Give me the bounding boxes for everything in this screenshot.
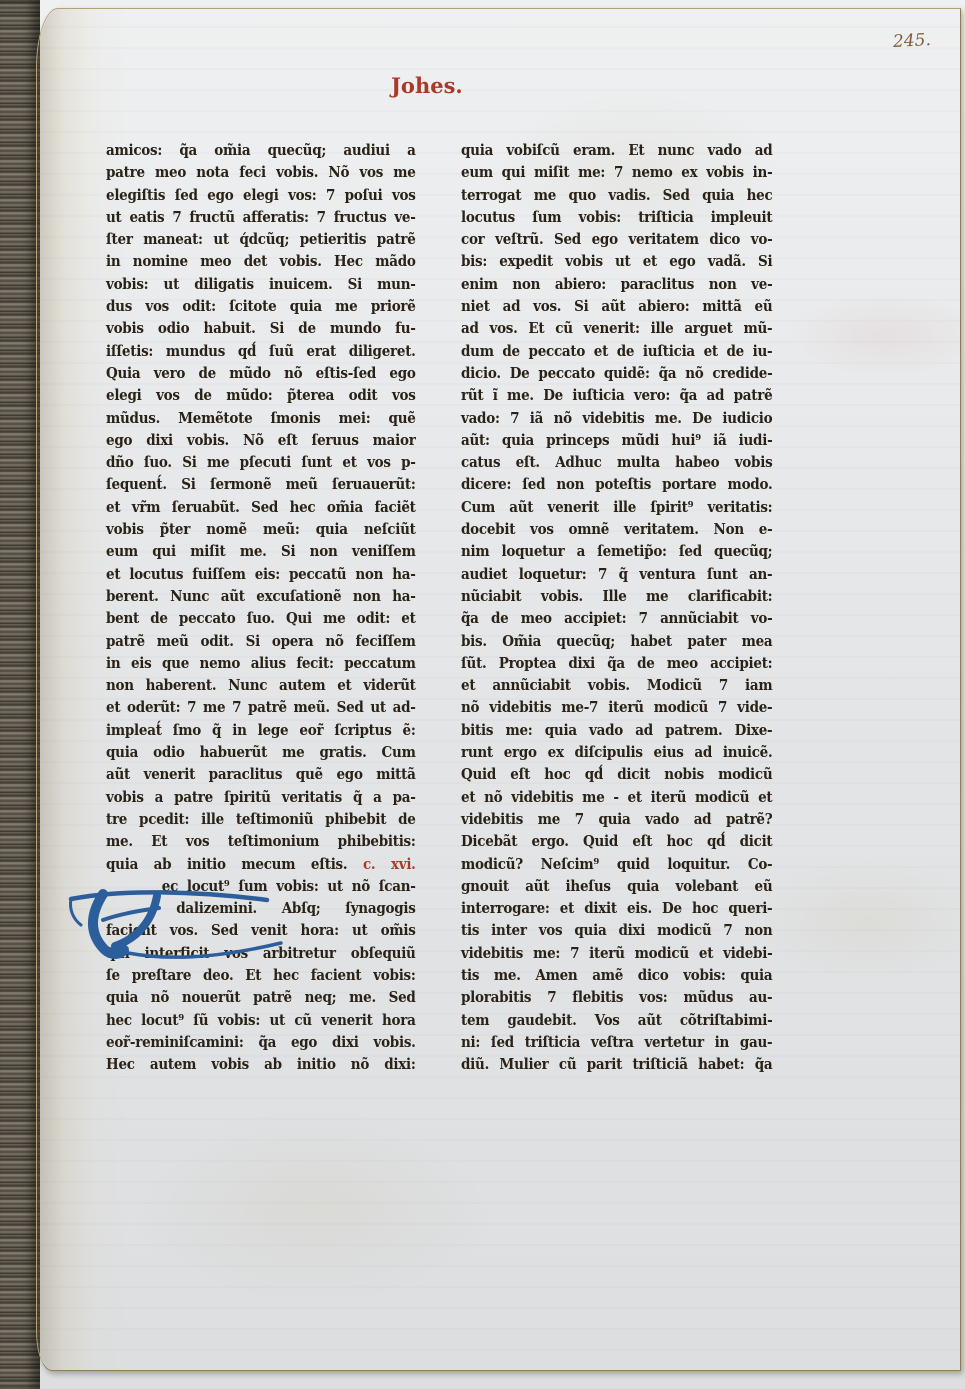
text-line: quia ab initio mecum eſtis. c. xvi.	[106, 853, 416, 875]
text-line: in eis que nemo alius fecit: peccatum	[106, 652, 416, 674]
text-line: ni: ſed triſticia veſtra vertetur in gau…	[461, 1031, 772, 1053]
text-line: quia nõ nouerũt patrẽ neq; me. Sed	[106, 986, 416, 1008]
text-line: aũt venerit paraclitus quẽ ego mittã	[106, 763, 416, 785]
text-line: ſequent́. Si ſermonẽ meũ ſeruauerũt:	[106, 473, 416, 495]
text-line: ego dixi vobis. Nõ eſt ſeruus maior	[106, 429, 416, 451]
text-line: q̃a de meo accipiet: 7 annũciabit vo-	[461, 607, 772, 629]
text-line: enim non abiero: paraclitus non ve-	[461, 273, 772, 295]
text-line: locutus ſum vobis: triſticia impleuit	[461, 206, 772, 228]
text-line: elegiſtis ſed ego elegi vos: 7 poſui vos	[106, 184, 416, 206]
text-line: ec locut⁹ ſum vobis: ut nõ ſcan-	[106, 875, 416, 897]
text-line: bitis me: quia vado ad patrem. Dixe-	[461, 719, 772, 741]
parchment-page: Johes. 245. amicos: q̃a om̃ia quecũq; au…	[36, 8, 961, 1371]
text-line: tre pcedit: ille teſtimoniũ phibebit de	[106, 808, 416, 830]
text-line: tis inter vos quia dixi modicũ 7 non	[461, 919, 772, 941]
text-line: vado: 7 iã nõ videbitis me. De iudicio	[461, 407, 772, 429]
text-line: ſter maneat: ut q́dcũq; petieritis patrẽ	[106, 228, 416, 250]
text-line: non haberent. Nunc autem et viderũt	[106, 674, 416, 696]
text-line: Quid eſt hoc qd́ dicit nobis modicũ	[461, 763, 772, 785]
text-line: docebit vos omnẽ veritatem. Non e-	[461, 518, 772, 540]
text-line: bis: expedit vobis ut et ego vadã. Si	[461, 250, 772, 272]
text-line: tem gaudebit. Vos aũt cõtriſtabimi-	[461, 1009, 772, 1031]
text-line: Quia vero de mũdo nõ eſtis-ſed ego	[106, 362, 416, 384]
text-line: patre meo nota feci vobis. Nõ vos me	[106, 161, 416, 183]
text-line: in nomine meo det vobis. Hec mãdo	[106, 250, 416, 272]
text-line: dum de peccato et de iuſticia et de iu-	[461, 340, 772, 362]
chapter-marker: c. xvi.	[347, 855, 415, 873]
text-column-left: amicos: q̃a om̃ia quecũq; audiui apatre …	[106, 139, 450, 1075]
text-line: ſũt. Proptea dixi q̃a de meo accipiet:	[461, 652, 772, 674]
text-line: tis me. Amen amẽ dico vobis: quia	[461, 964, 772, 986]
text-line: dicio. De peccato quidẽ: q̃a nõ credide-	[461, 362, 772, 384]
text-line: gnouit aũt iheſus quia volebant eũ	[461, 875, 772, 897]
text-line: terrogat me quo vadis. Sed quia hec	[461, 184, 772, 206]
text-line: et annũciabit vobis. Modicũ 7 iam	[461, 674, 772, 696]
text-column-right: quia vobiſcũ eram. Et nunc vado adeum qu…	[461, 139, 807, 1075]
text-line: quia odio habuerũt me gratis. Cum	[106, 741, 416, 763]
text-line: vobis: ut diligatis inuicem. Si mun-	[106, 273, 416, 295]
text-line: vobis a patre ſpiritũ veritatis q̃ a pa-	[106, 786, 416, 808]
text-line: videbitis me: 7 iterũ modicũ et videbi-	[461, 942, 772, 964]
text-line: mũdus. Memẽtote ſmonis mei: quẽ	[106, 407, 416, 429]
text-line: quia vobiſcũ eram. Et nunc vado ad	[461, 139, 772, 161]
text-line: eor̃-reminiſcamini: q̃a ego dixi vobis.	[106, 1031, 416, 1053]
text-line: plorabitis 7 flebitis vos: mũdus au-	[461, 986, 772, 1008]
text-line: runt ergo ex diſcipulis eius ad inuicẽ.	[461, 741, 772, 763]
text-line: diũ. Mulier cũ parit triſticiã habet: q̃…	[461, 1053, 772, 1075]
text-line: Cum aũt venerit ille ſpirit⁹ veritatis:	[461, 496, 772, 518]
text-line: vobis p̃ter nomẽ meũ: quia neſciũt	[106, 518, 416, 540]
text-line: ſe preſtare deo. Et hec facient vobis:	[106, 964, 416, 986]
text-line: et oderũt: 7 me 7 patrẽ meũ. Sed ut ad-	[106, 696, 416, 718]
text-line: dalizemini. Abſq; ſynagogis	[106, 897, 416, 919]
text-line: et locutus fuiſſem eis: peccatũ non ha-	[106, 563, 416, 585]
text-line: niet ad vos. Si aũt abiero: mittã eũ	[461, 295, 772, 317]
text-line: interrogare: et dixit eis. De hoc queri-	[461, 897, 772, 919]
text-line: me. Et vos teſtimonium phibebitis:	[106, 830, 416, 852]
text-line: eum qui miſit me. Si non veniſſem	[106, 540, 416, 562]
text-line: nõ videbitis me-7 iterũ modicũ 7 vide-	[461, 696, 772, 718]
text-line: vobis odio habuit. Si de mundo fu-	[106, 317, 416, 339]
text-line: qui interficit vos arbitretur obſequiũ	[106, 942, 416, 964]
text-line: ut eatis 7 fructũ afferatis: 7 fructus v…	[106, 206, 416, 228]
text-line: dicere: ſed non poteſtis portare modo.	[461, 473, 772, 495]
text-line: eum qui miſit me: 7 nemo ex vobis in-	[461, 161, 772, 183]
text-line: amicos: q̃a om̃ia quecũq; audiui a	[106, 139, 416, 161]
text-line: Hec autem vobis ab initio nõ dixi:	[106, 1053, 416, 1075]
manuscript-scan: { "document": { "page_number": "245.", "…	[0, 0, 965, 1389]
text-line: impleat́ ſmo q̃ in lege eor̃ ſcriptus ẽ:	[106, 719, 416, 741]
text-line: patrẽ meũ odit. Si opera nõ feciſſem	[106, 630, 416, 652]
text-line: iſſetis: mundus qd́ ſuũ erat diligeret.	[106, 340, 416, 362]
text-line: nim loquetur a ſemetip̃o: ſed quecũq;	[461, 540, 772, 562]
text-line: modicũ? Neſcim⁹ quid loquitur. Co-	[461, 853, 772, 875]
text-line: bis. Om̃ia quecũq; habet pater mea	[461, 630, 772, 652]
text-line: berent. Nunc aũt excuſationẽ non ha-	[106, 585, 416, 607]
text-line: audiet loquetur: 7 q̃ ventura ſunt an-	[461, 563, 772, 585]
text-line: bent de peccato ſuo. Qui me odit: et	[106, 607, 416, 629]
text-line: hec locut⁹ ſũ vobis: ut cũ venerit hora	[106, 1009, 416, 1031]
page-number: 245.	[893, 30, 932, 52]
facing-pages-fore-edge	[0, 0, 40, 1389]
text-line: dño ſuo. Si me pſecuti ſunt et vos p-	[106, 451, 416, 473]
text-line: videbitis me 7 quia vado ad patrẽ?	[461, 808, 772, 830]
text-line: elegi vos de mũdo: p̃terea odit vos	[106, 384, 416, 406]
text-line: cor veſtrũ. Sed ego veritatem dico vo-	[461, 228, 772, 250]
text-line: ad vos. Et cũ venerit: ille arguet mũ-	[461, 317, 772, 339]
text-line: et nõ videbitis me - et iterũ modicũ et	[461, 786, 772, 808]
running-header: Johes.	[391, 73, 463, 98]
text-line: nũciabit vobis. Ille me clarificabit:	[461, 585, 772, 607]
text-line: aũt: quia princeps mũdi hui⁹ iã iudi-	[461, 429, 772, 451]
text-line: rũt ĩ me. De iuſticia vero: q̃a ad patrẽ	[461, 384, 772, 406]
text-line: et vr̃m ſeruabũt. Sed hec om̃ia faciẽt	[106, 496, 416, 518]
text-line: Dicebãt ergo. Quid eſt hoc qd́ dicit	[461, 830, 772, 852]
text-line: catus eſt. Adhuc multa habeo vobis	[461, 451, 772, 473]
text-line: facient vos. Sed venit hora: ut om̃is	[106, 919, 416, 941]
text-line: dus vos odit: ſcitote quia me priorẽ	[106, 295, 416, 317]
